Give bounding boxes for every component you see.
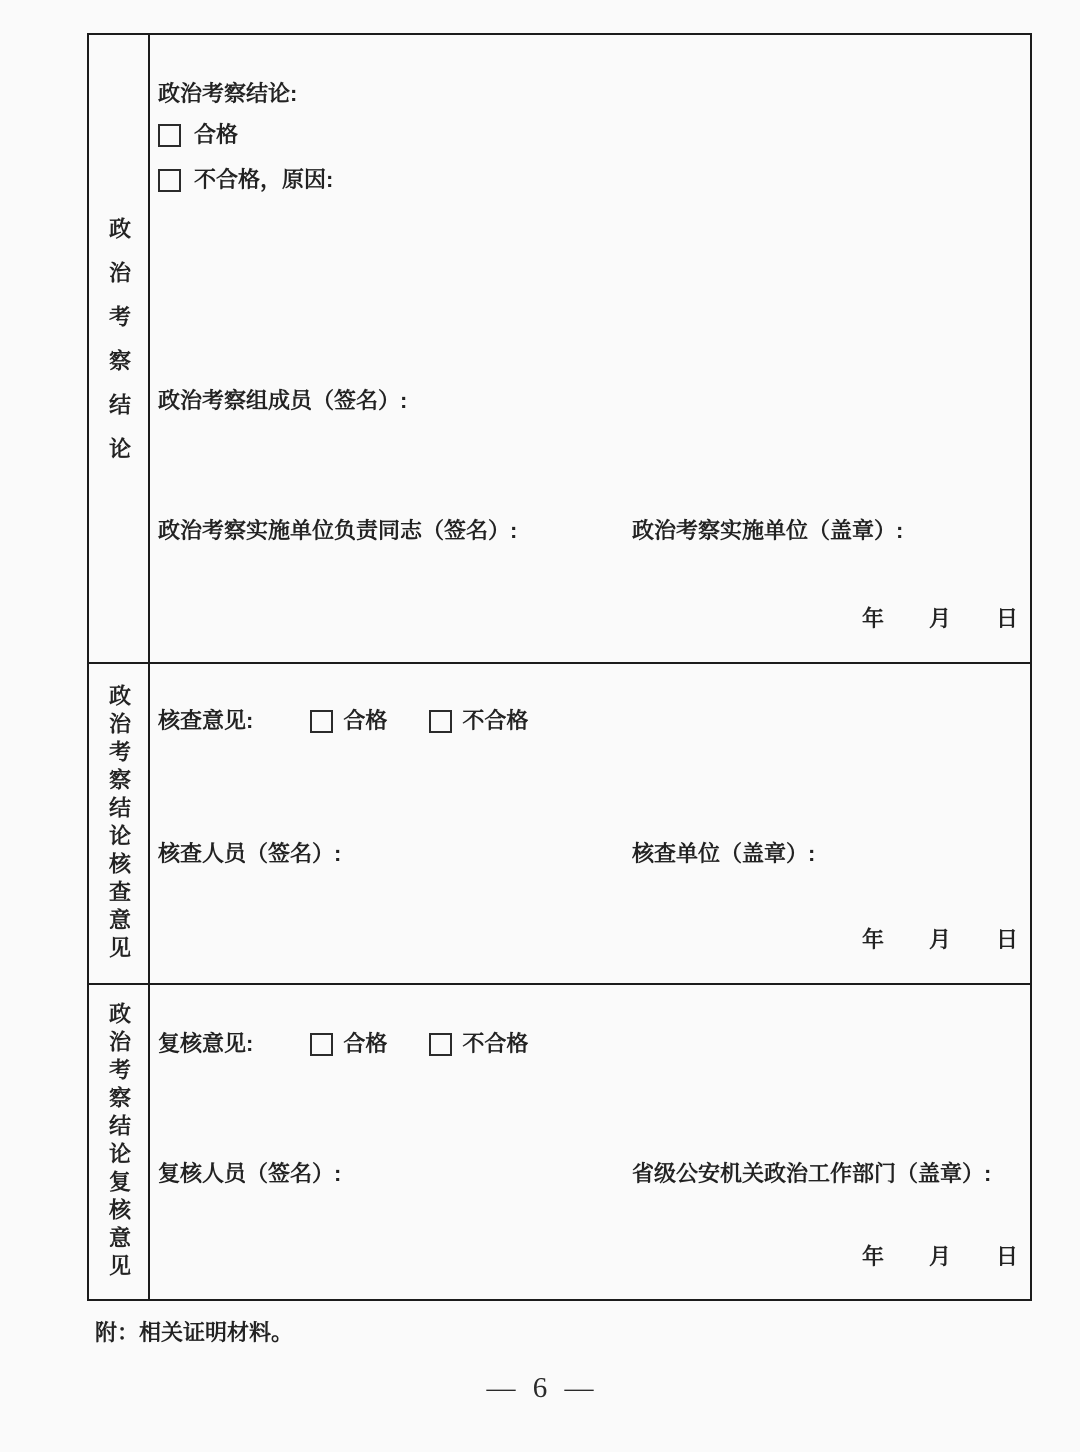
year-label: 年: [862, 605, 884, 633]
review-opinion-line: 复核意见: 合格 不合格: [158, 1030, 528, 1058]
verification-unqualified-label: 不合格: [462, 707, 528, 735]
group-members-sign-label: 政治考察组成员（签名）:: [158, 387, 407, 415]
verification-qualified-checkbox[interactable]: [310, 710, 333, 733]
section-verification-body: 核查意见: 合格 不合格 核查人员（签名）: 核查单位（盖章）: 年 月 日: [150, 664, 1030, 983]
section-verification-title: 政治考察结论核查意见: [108, 684, 130, 964]
month-label: 月: [929, 1243, 951, 1271]
verification-date-line: 年 月 日: [862, 926, 1018, 954]
review-unqualified-checkbox[interactable]: [429, 1033, 452, 1056]
unqualified-checkbox[interactable]: [158, 169, 181, 192]
section-review-title: 政治考察结论复核意见: [108, 1002, 130, 1282]
month-label: 月: [929, 926, 951, 954]
verification-unqualified-checkbox[interactable]: [429, 710, 452, 733]
year-label: 年: [862, 1243, 884, 1271]
section-verification: 政治考察结论核查意见 核查意见: 合格 不合格 核查人员（签名）: 核查单位（盖…: [89, 664, 1030, 985]
review-unqualified-label: 不合格: [462, 1030, 528, 1058]
document-page: 政治考察结论 政治考察结论: 合格 不合格，原因: 政治考察组成员（签名）: 政…: [0, 0, 1080, 1452]
verification-unit-seal-label: 核查单位（盖章）:: [632, 840, 815, 868]
day-label: 日: [996, 605, 1018, 633]
political-review-table: 政治考察结论 政治考察结论: 合格 不合格，原因: 政治考察组成员（签名）: 政…: [87, 33, 1032, 1301]
day-label: 日: [996, 1243, 1018, 1271]
section-conclusion-body: 政治考察结论: 合格 不合格，原因: 政治考察组成员（签名）: 政治考察实施单位…: [150, 35, 1030, 662]
conclusion-option-unqualified: 不合格，原因:: [158, 166, 333, 194]
conclusion-date-line: 年 月 日: [862, 605, 1018, 633]
provincial-dept-seal-label: 省级公安机关政治工作部门（盖章）:: [632, 1160, 991, 1188]
day-label: 日: [996, 926, 1018, 954]
review-opinion-label: 复核意见:: [158, 1030, 253, 1058]
implementing-unit-seal-label: 政治考察实施单位（盖章）:: [632, 517, 903, 545]
verification-opinion-line: 核查意见: 合格 不合格: [158, 707, 528, 735]
section-verification-header: 政治考察结论核查意见: [89, 664, 150, 983]
section-review: 政治考察结论复核意见 复核意见: 合格 不合格 复核人员（签名）: 省级公安机关…: [89, 985, 1030, 1299]
section-review-header: 政治考察结论复核意见: [89, 985, 150, 1299]
verification-sign-label: 核查人员（签名）:: [158, 840, 341, 868]
conclusion-heading: 政治考察结论:: [158, 80, 297, 108]
review-date-line: 年 月 日: [862, 1243, 1018, 1271]
page-number: — 6 —: [0, 1372, 1080, 1405]
section-review-body: 复核意见: 合格 不合格 复核人员（签名）: 省级公安机关政治工作部门（盖章）:…: [150, 985, 1030, 1299]
year-label: 年: [862, 926, 884, 954]
attachment-note: 附：相关证明材料。: [95, 1316, 293, 1347]
conclusion-option-qualified: 合格: [158, 121, 238, 149]
review-sign-label: 复核人员（签名）:: [158, 1160, 341, 1188]
responsible-sign-label: 政治考察实施单位负责同志（签名）:: [158, 517, 517, 545]
month-label: 月: [929, 605, 951, 633]
section-conclusion: 政治考察结论 政治考察结论: 合格 不合格，原因: 政治考察组成员（签名）: 政…: [89, 35, 1030, 664]
verification-opinion-label: 核查意见:: [158, 707, 253, 735]
section-conclusion-header: 政治考察结论: [89, 35, 150, 662]
qualified-checkbox[interactable]: [158, 124, 181, 147]
verification-qualified-label: 合格: [343, 707, 387, 735]
qualified-label: 合格: [194, 121, 238, 149]
review-qualified-label: 合格: [343, 1030, 387, 1058]
review-qualified-checkbox[interactable]: [310, 1033, 333, 1056]
unqualified-label: 不合格，原因:: [194, 166, 333, 194]
section-conclusion-title: 政治考察结论: [108, 217, 130, 481]
